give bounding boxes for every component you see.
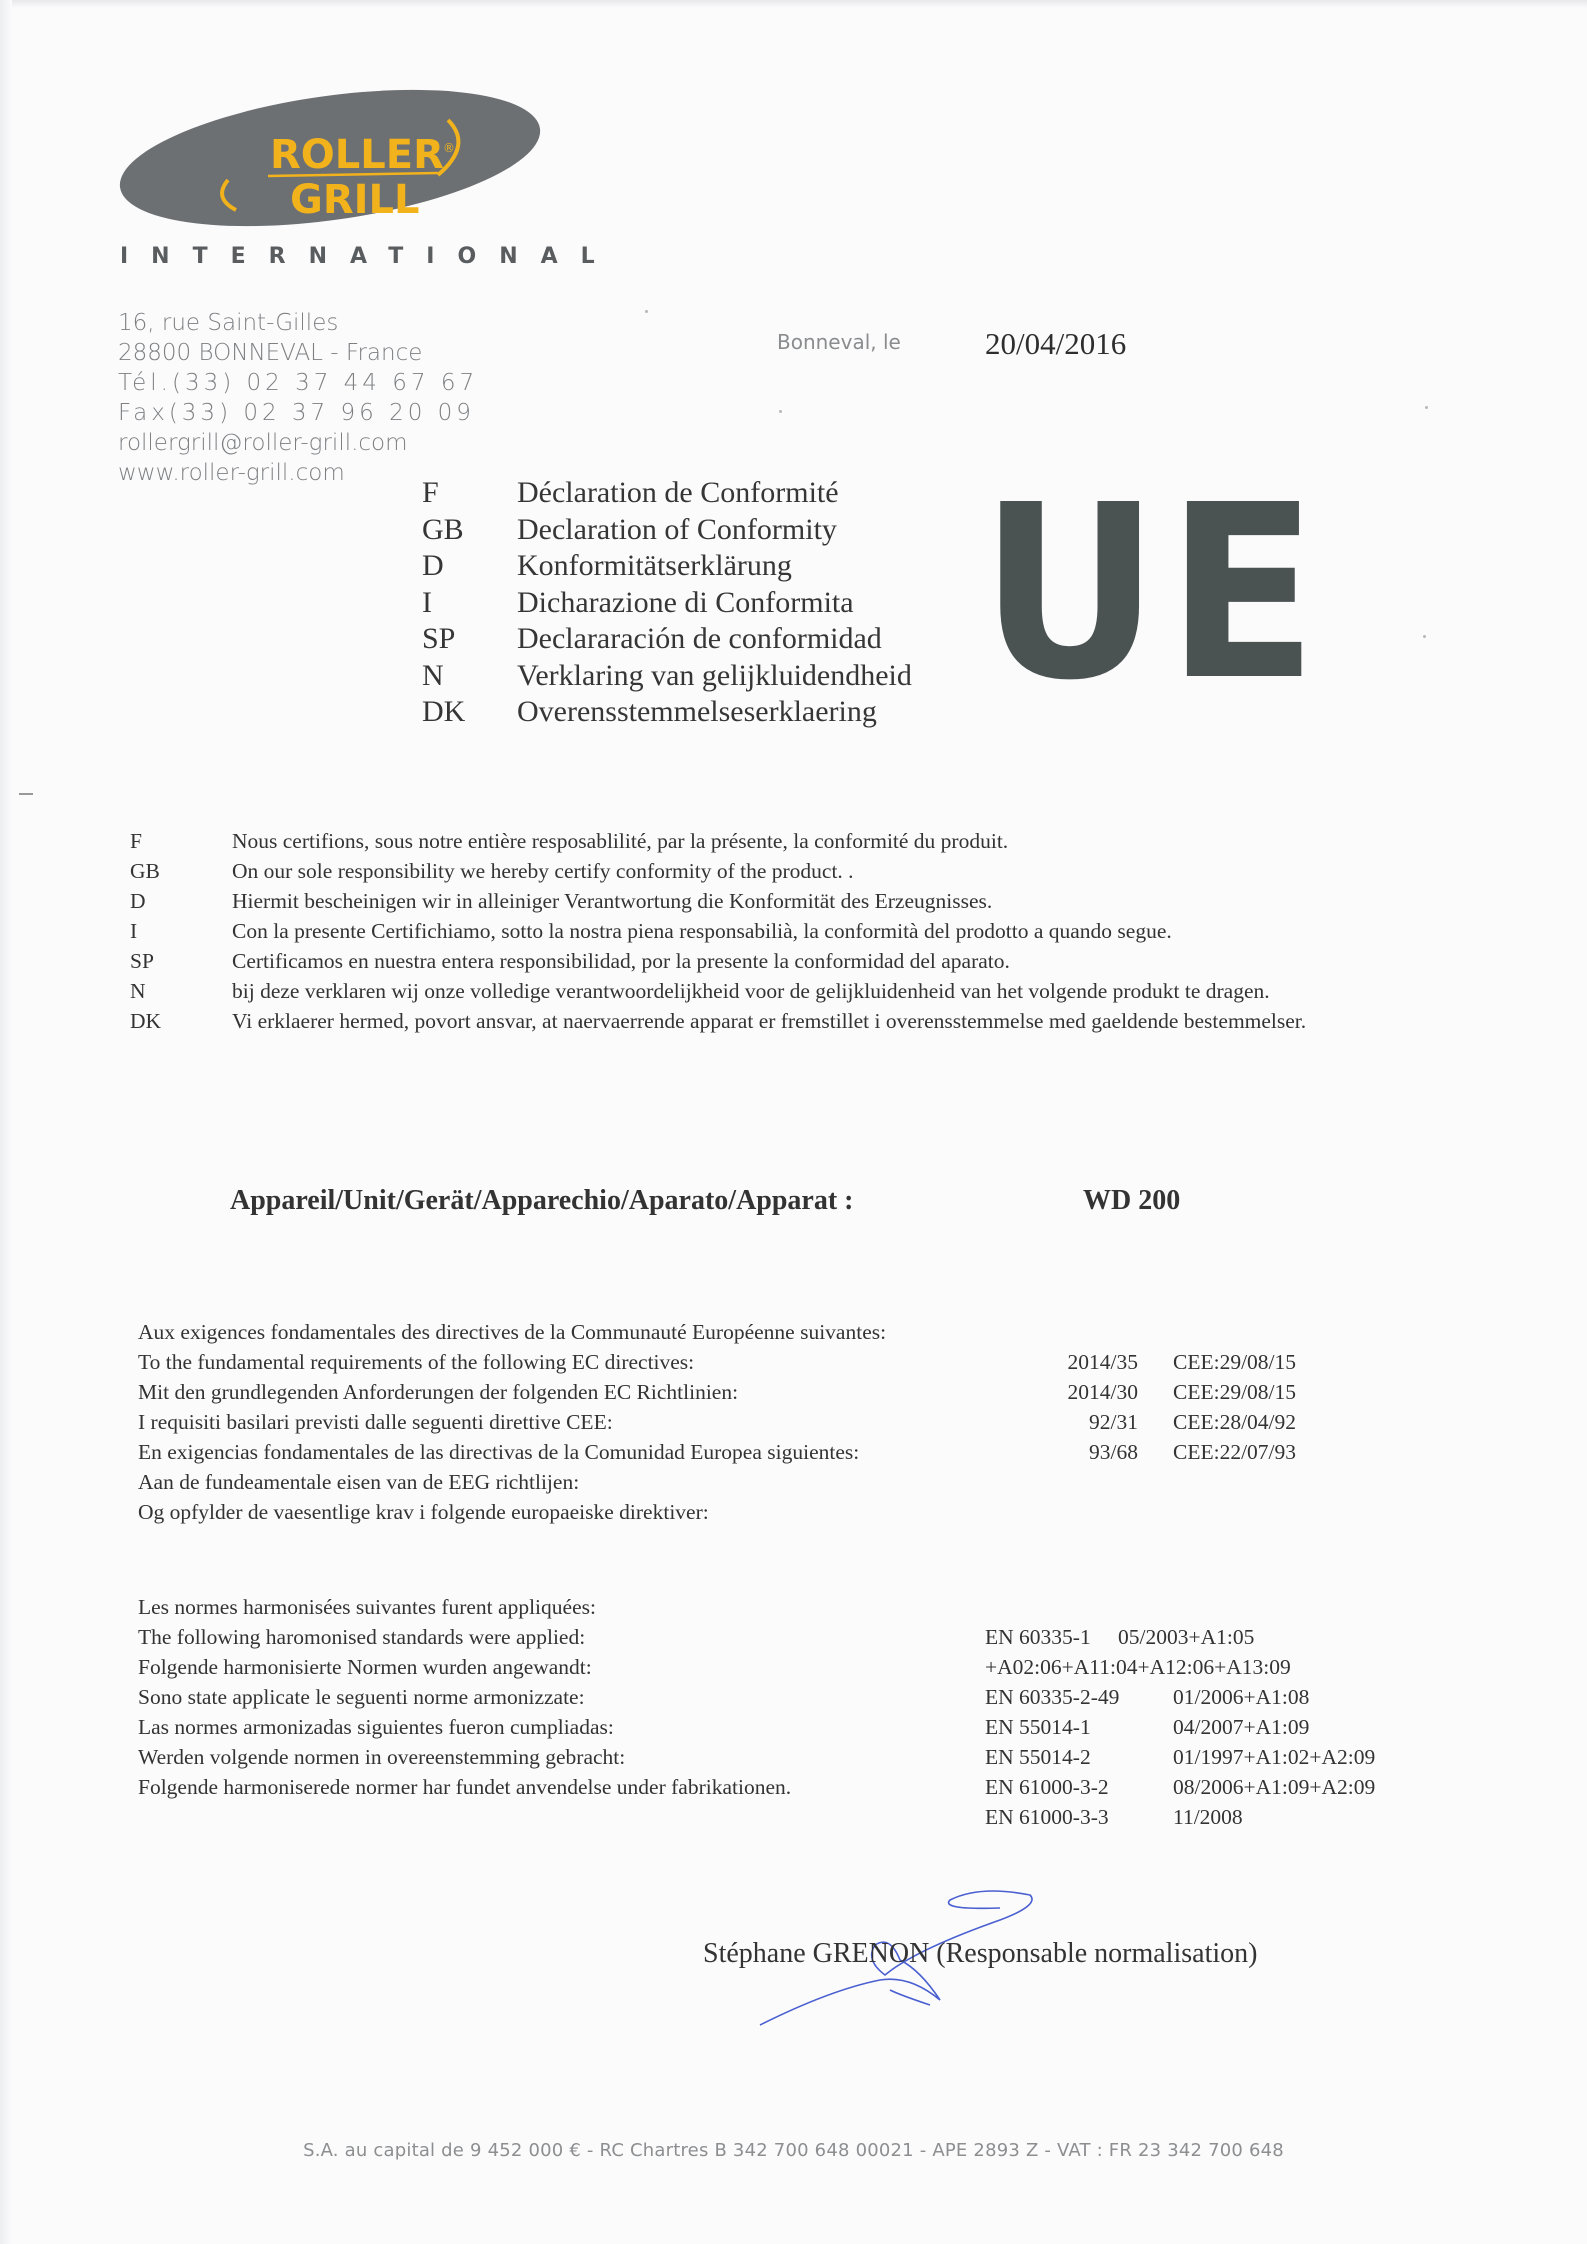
directives-table: Aux exigences fondamentales des directiv… <box>138 1317 886 1527</box>
standard-row: EN 55014-201/1997+A1:02+A2:09 <box>985 1742 1119 1772</box>
directive-reference: CEE:29/08/15 <box>1173 1377 1296 1407</box>
language-code: GB <box>130 856 232 886</box>
title-row: SPDeclararación de conformidad <box>422 621 912 658</box>
certification-text: bij deze verklaren wij onze volledige ve… <box>232 976 1422 1006</box>
certification-text: Con la presente Certifichiamo, sotto la … <box>232 916 1422 946</box>
certification-row: DKVi erklaerer hermed, povort ansvar, at… <box>130 1006 1430 1036</box>
standards-list: EN 60335-105/2003+A1:05+A02:06+A11:04+A1… <box>985 1622 1119 1832</box>
standard-row: +A02:06+A11:04+A12:06+A13:09 <box>985 1652 1119 1682</box>
certification-row: ICon la presente Certifichiamo, sotto la… <box>130 916 1430 946</box>
svg-text:GRILL: GRILL <box>290 177 420 223</box>
directive-row: I requisiti basilari previsti dalle segu… <box>138 1407 886 1437</box>
directive-row: To the fundamental requirements of the f… <box>138 1347 886 1377</box>
company-address: 16, rue Saint-Gilles 28800 BONNEVAL - Fr… <box>118 308 478 488</box>
title-row: DKonformitätserklärung <box>422 548 912 585</box>
language-code: F <box>130 826 232 856</box>
standard-norm: EN 61000-3-2 <box>985 1775 1109 1799</box>
title-text: Overensstemmelseserklaering <box>517 694 877 731</box>
title-text: Déclaration de Conformité <box>517 475 839 512</box>
scan-edge-top <box>0 0 1587 8</box>
language-code: F <box>422 475 517 512</box>
scan-speck <box>779 410 782 413</box>
language-code: DK <box>130 1006 232 1036</box>
title-text: Declararación de conformidad <box>517 621 882 658</box>
title-row: DKOverensstemmelseserklaering <box>422 694 912 731</box>
standard-norm: EN 61000-3-3 <box>985 1805 1109 1829</box>
place-label: Bonneval, le <box>777 330 901 354</box>
signatory-name: Stéphane GRENON (Responsable normalisati… <box>703 1938 1257 1970</box>
directive-number: 92/31 <box>1089 1407 1138 1437</box>
standard-row: EN 61000-3-208/2006+A1:09+A2:09 <box>985 1772 1119 1802</box>
title-row: NVerklaring van gelijkluidendheid <box>422 658 912 695</box>
directive-reference: CEE:22/07/93 <box>1173 1437 1296 1467</box>
standard-edition: 04/2007+A1:09 <box>1173 1712 1309 1742</box>
standard-edition: 11/2008 <box>1173 1802 1243 1832</box>
directive-number: 93/68 <box>1089 1437 1138 1467</box>
title-text: Declaration of Conformity <box>517 512 837 549</box>
scan-edge-left <box>0 0 12 2244</box>
directive-row: Mit den grundlegenden Anforderungen der … <box>138 1377 886 1407</box>
declaration-titles: FDéclaration de ConformitéGBDeclaration … <box>422 475 912 731</box>
language-code: I <box>422 585 517 622</box>
standard-edition: 08/2006+A1:09+A2:09 <box>1173 1772 1375 1802</box>
unit-label: Appareil/Unit/Gerät/Apparechio/Aparato/A… <box>230 1185 854 1217</box>
certification-statements: FNous certifions, sous notre entière res… <box>130 826 1430 1036</box>
company-tagline: INTERNATIONAL <box>120 244 618 269</box>
directive-row: Aan de fundeamentale eisen van de EEG ri… <box>138 1467 886 1497</box>
directive-row: Og opfylder de vaesentlige krav i folgen… <box>138 1497 886 1527</box>
standards-intro-line: Folgende harmonisierte Normen wurden ang… <box>138 1652 791 1682</box>
document-date: 20/04/2016 <box>985 326 1126 362</box>
address-street: 16, rue Saint-Gilles <box>118 308 478 338</box>
standard-norm: EN 55014-1 <box>985 1715 1091 1739</box>
address-fax: Fax(33) 02 37 96 20 09 <box>118 398 478 428</box>
unit-model: WD 200 <box>1083 1185 1180 1217</box>
certification-row: DHiermit bescheinigen wir in alleiniger … <box>130 886 1430 916</box>
address-email: rollergrill@roller-grill.com <box>118 428 478 458</box>
standard-row: EN 60335-2-4901/2006+A1:08 <box>985 1682 1119 1712</box>
title-text: Konformitätserklärung <box>517 548 792 585</box>
standard-norm: EN 55014-2 <box>985 1745 1091 1769</box>
certification-text: Nous certifions, sous notre entière resp… <box>232 826 1422 856</box>
directive-number: 2014/30 <box>1068 1377 1138 1407</box>
standard-row: EN 55014-104/2007+A1:09 <box>985 1712 1119 1742</box>
language-code: N <box>130 976 232 1006</box>
certification-text: Vi erklaerer hermed, povort ansvar, at n… <box>232 1006 1422 1036</box>
language-code: I <box>130 916 232 946</box>
language-code: DK <box>422 694 517 731</box>
certification-row: GBOn our sole responsibility we hereby c… <box>130 856 1430 886</box>
legal-footer: S.A. au capital de 9 452 000 € - RC Char… <box>0 2140 1587 2161</box>
standards-intro-line: Las normes armonizadas siguientes fueron… <box>138 1712 791 1742</box>
title-row: IDicharazione di Conformita <box>422 585 912 622</box>
language-code: N <box>422 658 517 695</box>
standards-intro-line: Folgende harmoniserede normer har fundet… <box>138 1772 791 1802</box>
title-row: FDéclaration de Conformité <box>422 475 912 512</box>
directive-row: En exigencias fondamentales de las direc… <box>138 1437 886 1467</box>
certification-row: SPCertificamos en nuestra entera respons… <box>130 946 1430 976</box>
svg-text:®: ® <box>443 141 455 155</box>
certification-text: Hiermit bescheinigen wir in alleiniger V… <box>232 886 1422 916</box>
title-text: Verklaring van gelijkluidendheid <box>517 658 912 695</box>
standard-edition: 05/2003+A1:05 <box>1118 1622 1254 1652</box>
directive-reference: CEE:28/04/92 <box>1173 1407 1296 1437</box>
standards-intro-line: Werden volgende normen in overeenstemmin… <box>138 1742 791 1772</box>
standards-intro-line: Les normes harmonisées suivantes furent … <box>138 1592 791 1622</box>
standard-norm: EN 60335-1 <box>985 1625 1091 1649</box>
directive-reference: CEE:29/08/15 <box>1173 1347 1296 1377</box>
standards-intro-line: Sono state applicate le seguenti norme a… <box>138 1682 791 1712</box>
svg-text:ROLLER: ROLLER <box>270 132 444 178</box>
standard-edition: 01/2006+A1:08 <box>1173 1682 1309 1712</box>
standards-intro: Les normes harmonisées suivantes furent … <box>138 1592 791 1802</box>
standards-intro-line: The following haromonised standards were… <box>138 1622 791 1652</box>
address-city: 28800 BONNEVAL - France <box>118 338 478 368</box>
directive-number: 2014/35 <box>1068 1347 1138 1377</box>
directive-row: Aux exigences fondamentales des directiv… <box>138 1317 886 1347</box>
language-code: SP <box>422 621 517 658</box>
scan-mark <box>19 793 33 795</box>
language-code: D <box>130 886 232 916</box>
standard-norm: EN 60335-2-49 <box>985 1685 1119 1709</box>
ue-mark: UE <box>980 478 1325 708</box>
address-phone: Tél.(33) 02 37 44 67 67 <box>118 368 478 398</box>
standard-edition: +A02:06+A11:04+A12:06+A13:09 <box>985 1652 1291 1682</box>
language-code: SP <box>130 946 232 976</box>
language-code: D <box>422 548 517 585</box>
language-code: GB <box>422 512 517 549</box>
standard-row: EN 61000-3-311/2008 <box>985 1802 1119 1832</box>
scan-speck <box>645 310 648 313</box>
scan-speck <box>1423 635 1426 638</box>
title-row: GBDeclaration of Conformity <box>422 512 912 549</box>
scan-speck <box>1425 406 1428 409</box>
certification-text: On our sole responsibility we hereby cer… <box>232 856 1422 886</box>
title-text: Dicharazione di Conformita <box>517 585 854 622</box>
standard-row: EN 60335-105/2003+A1:05 <box>985 1622 1119 1652</box>
certification-row: FNous certifions, sous notre entière res… <box>130 826 1430 856</box>
certification-text: Certificamos en nuestra entera responsib… <box>232 946 1422 976</box>
logo-oval-icon: ROLLER ® GRILL <box>118 80 543 235</box>
standard-edition: 01/1997+A1:02+A2:09 <box>1173 1742 1375 1772</box>
certification-row: Nbij deze verklaren wij onze volledige v… <box>130 976 1430 1006</box>
company-logo: ROLLER ® GRILL <box>118 80 543 235</box>
